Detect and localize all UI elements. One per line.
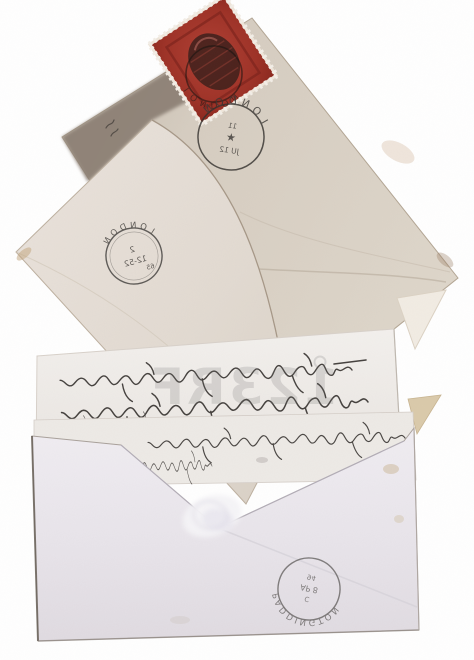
photo-of-vintage-letters: LONDON LONDON 11 ★ JU 12 LONDON 2 12 (0, 0, 474, 660)
photo-grain-overlay (0, 0, 474, 660)
photo-canvas: LONDON LONDON 11 ★ JU 12 LONDON 2 12 (0, 0, 474, 660)
